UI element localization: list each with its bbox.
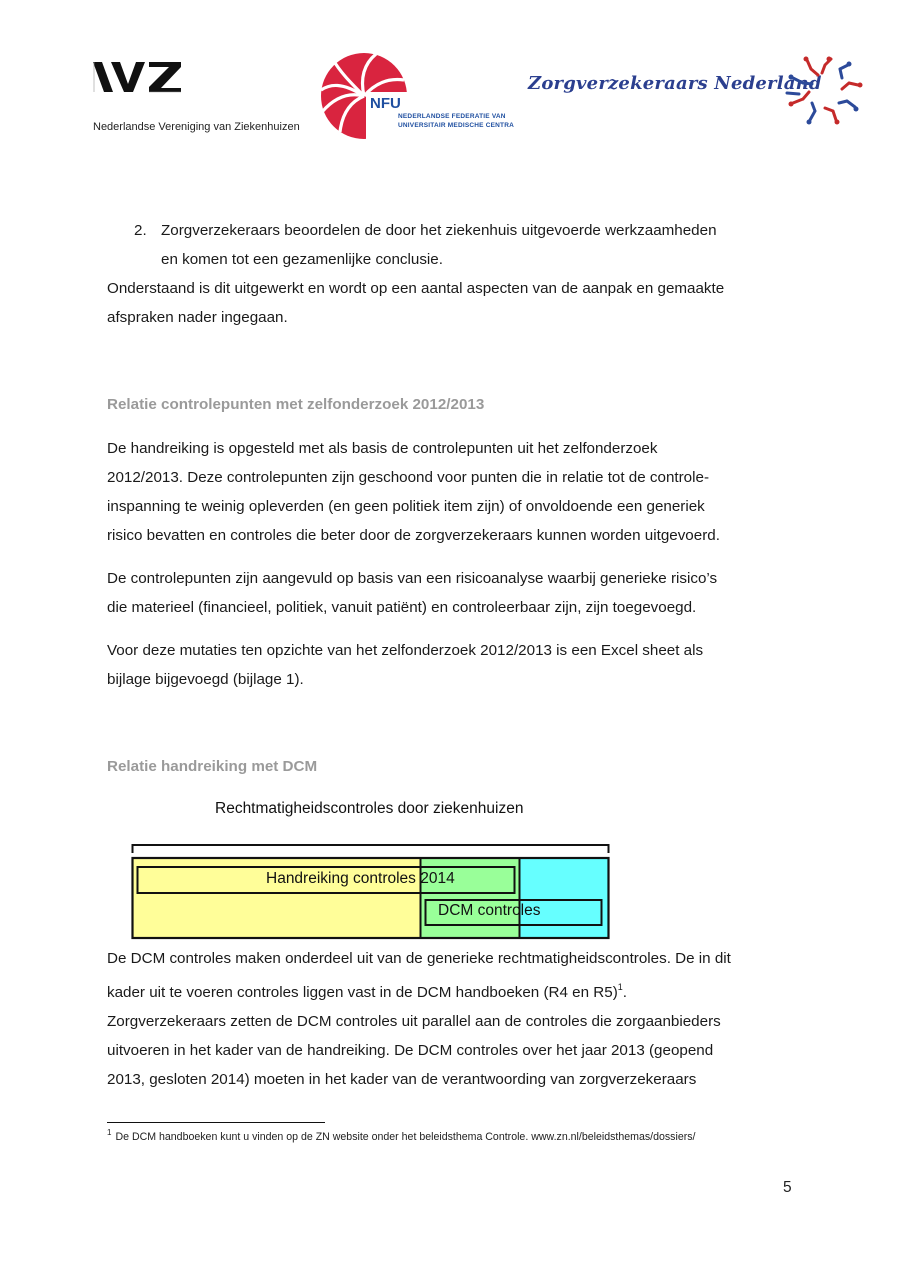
text-line-with-footnote: kader uit te voeren controles liggen vas… — [107, 973, 731, 1007]
diagram-label-handreiking: Handreiking controles 2014 — [266, 870, 455, 888]
text-line: 2013, gesloten 2014) moeten in het kader… — [107, 1065, 731, 1094]
list-item-number: 2. — [134, 216, 147, 245]
footnote: 1De DCM handboeken kunt u vinden op de Z… — [107, 1128, 696, 1143]
paragraph-handreiking-basis: De handreiking is opgesteld met als basi… — [107, 434, 720, 550]
paragraph-dcm: De DCM controles maken onderdeel uit van… — [107, 944, 731, 1094]
page-number: 5 — [783, 1179, 792, 1197]
nfu-subtitle-line-2: UNIVERSITAIR MEDISCHE CENTRA — [398, 121, 514, 130]
text-line: afspraken nader ingegaan. — [107, 303, 724, 332]
nvz-subtitle: Nederlandse Vereniging van Ziekenhuizen — [93, 121, 300, 133]
text-line: Zorgverzekeraars zetten de DCM controles… — [107, 1007, 731, 1036]
nfu-subtitle: NEDERLANDSE FEDERATIE VAN UNIVERSITAIR M… — [398, 112, 514, 130]
nfu-wordmark: NFU — [370, 95, 401, 112]
text-line: De DCM controles maken onderdeel uit van… — [107, 944, 731, 973]
text-line: risico bevatten en controles die beter d… — [107, 521, 720, 550]
nfu-subtitle-line-1: NEDERLANDSE FEDERATIE VAN — [398, 112, 514, 121]
footnote-number: 1 — [107, 1128, 111, 1137]
text-line: 2012/2013. Deze controlepunten zijn gesc… — [107, 463, 720, 492]
text-line: Voor deze mutaties ten opzichte van het … — [107, 636, 703, 665]
text-line: uitvoeren in het kader van de handreikin… — [107, 1036, 731, 1065]
text-line: De handreiking is opgesteld met als basi… — [107, 434, 720, 463]
paragraph-aangevuld: De controlepunten zijn aangevuld op basi… — [107, 564, 717, 622]
paragraph-mutaties: Voor deze mutaties ten opzichte van het … — [107, 636, 703, 694]
section-heading-dcm: Relatie handreiking met DCM — [107, 758, 317, 775]
list-item-line: en komen tot een gezamenlijke conclusie. — [161, 245, 717, 274]
nvz-logo-icon — [93, 60, 183, 94]
footnote-text: De DCM handboeken kunt u vinden op de ZN… — [115, 1131, 695, 1143]
text-line: die materieel (financieel, politiek, van… — [107, 593, 717, 622]
text-line: De controlepunten zijn aangevuld op basi… — [107, 564, 717, 593]
text-line: kader uit te voeren controles liggen vas… — [107, 984, 618, 1001]
list-item-text: Zorgverzekeraars beoordelen de door het … — [161, 216, 717, 274]
text-line: Onderstaand is dit uitgewerkt en wordt o… — [107, 274, 724, 303]
text-line: inspanning te weinig opleverden (en geen… — [107, 492, 720, 521]
diagram-label-dcm: DCM controles — [438, 902, 541, 920]
list-item-line: Zorgverzekeraars beoordelen de door het … — [161, 216, 717, 245]
sentence-end: . — [623, 984, 627, 1001]
zn-figures-logo-icon — [785, 55, 865, 125]
footnote-divider — [107, 1122, 325, 1123]
dcm-relation-diagram: Rechtmatigheidscontroles door ziekenhuiz… — [128, 795, 618, 945]
section-heading-controlepunten: Relatie controlepunten met zelfonderzoek… — [107, 396, 484, 413]
text-line: bijlage bijgevoegd (bijlage 1). — [107, 665, 703, 694]
intro-paragraph: Onderstaand is dit uitgewerkt en wordt o… — [107, 274, 724, 332]
zn-wordmark: Zorgverzekeraars Nederland — [528, 73, 822, 94]
